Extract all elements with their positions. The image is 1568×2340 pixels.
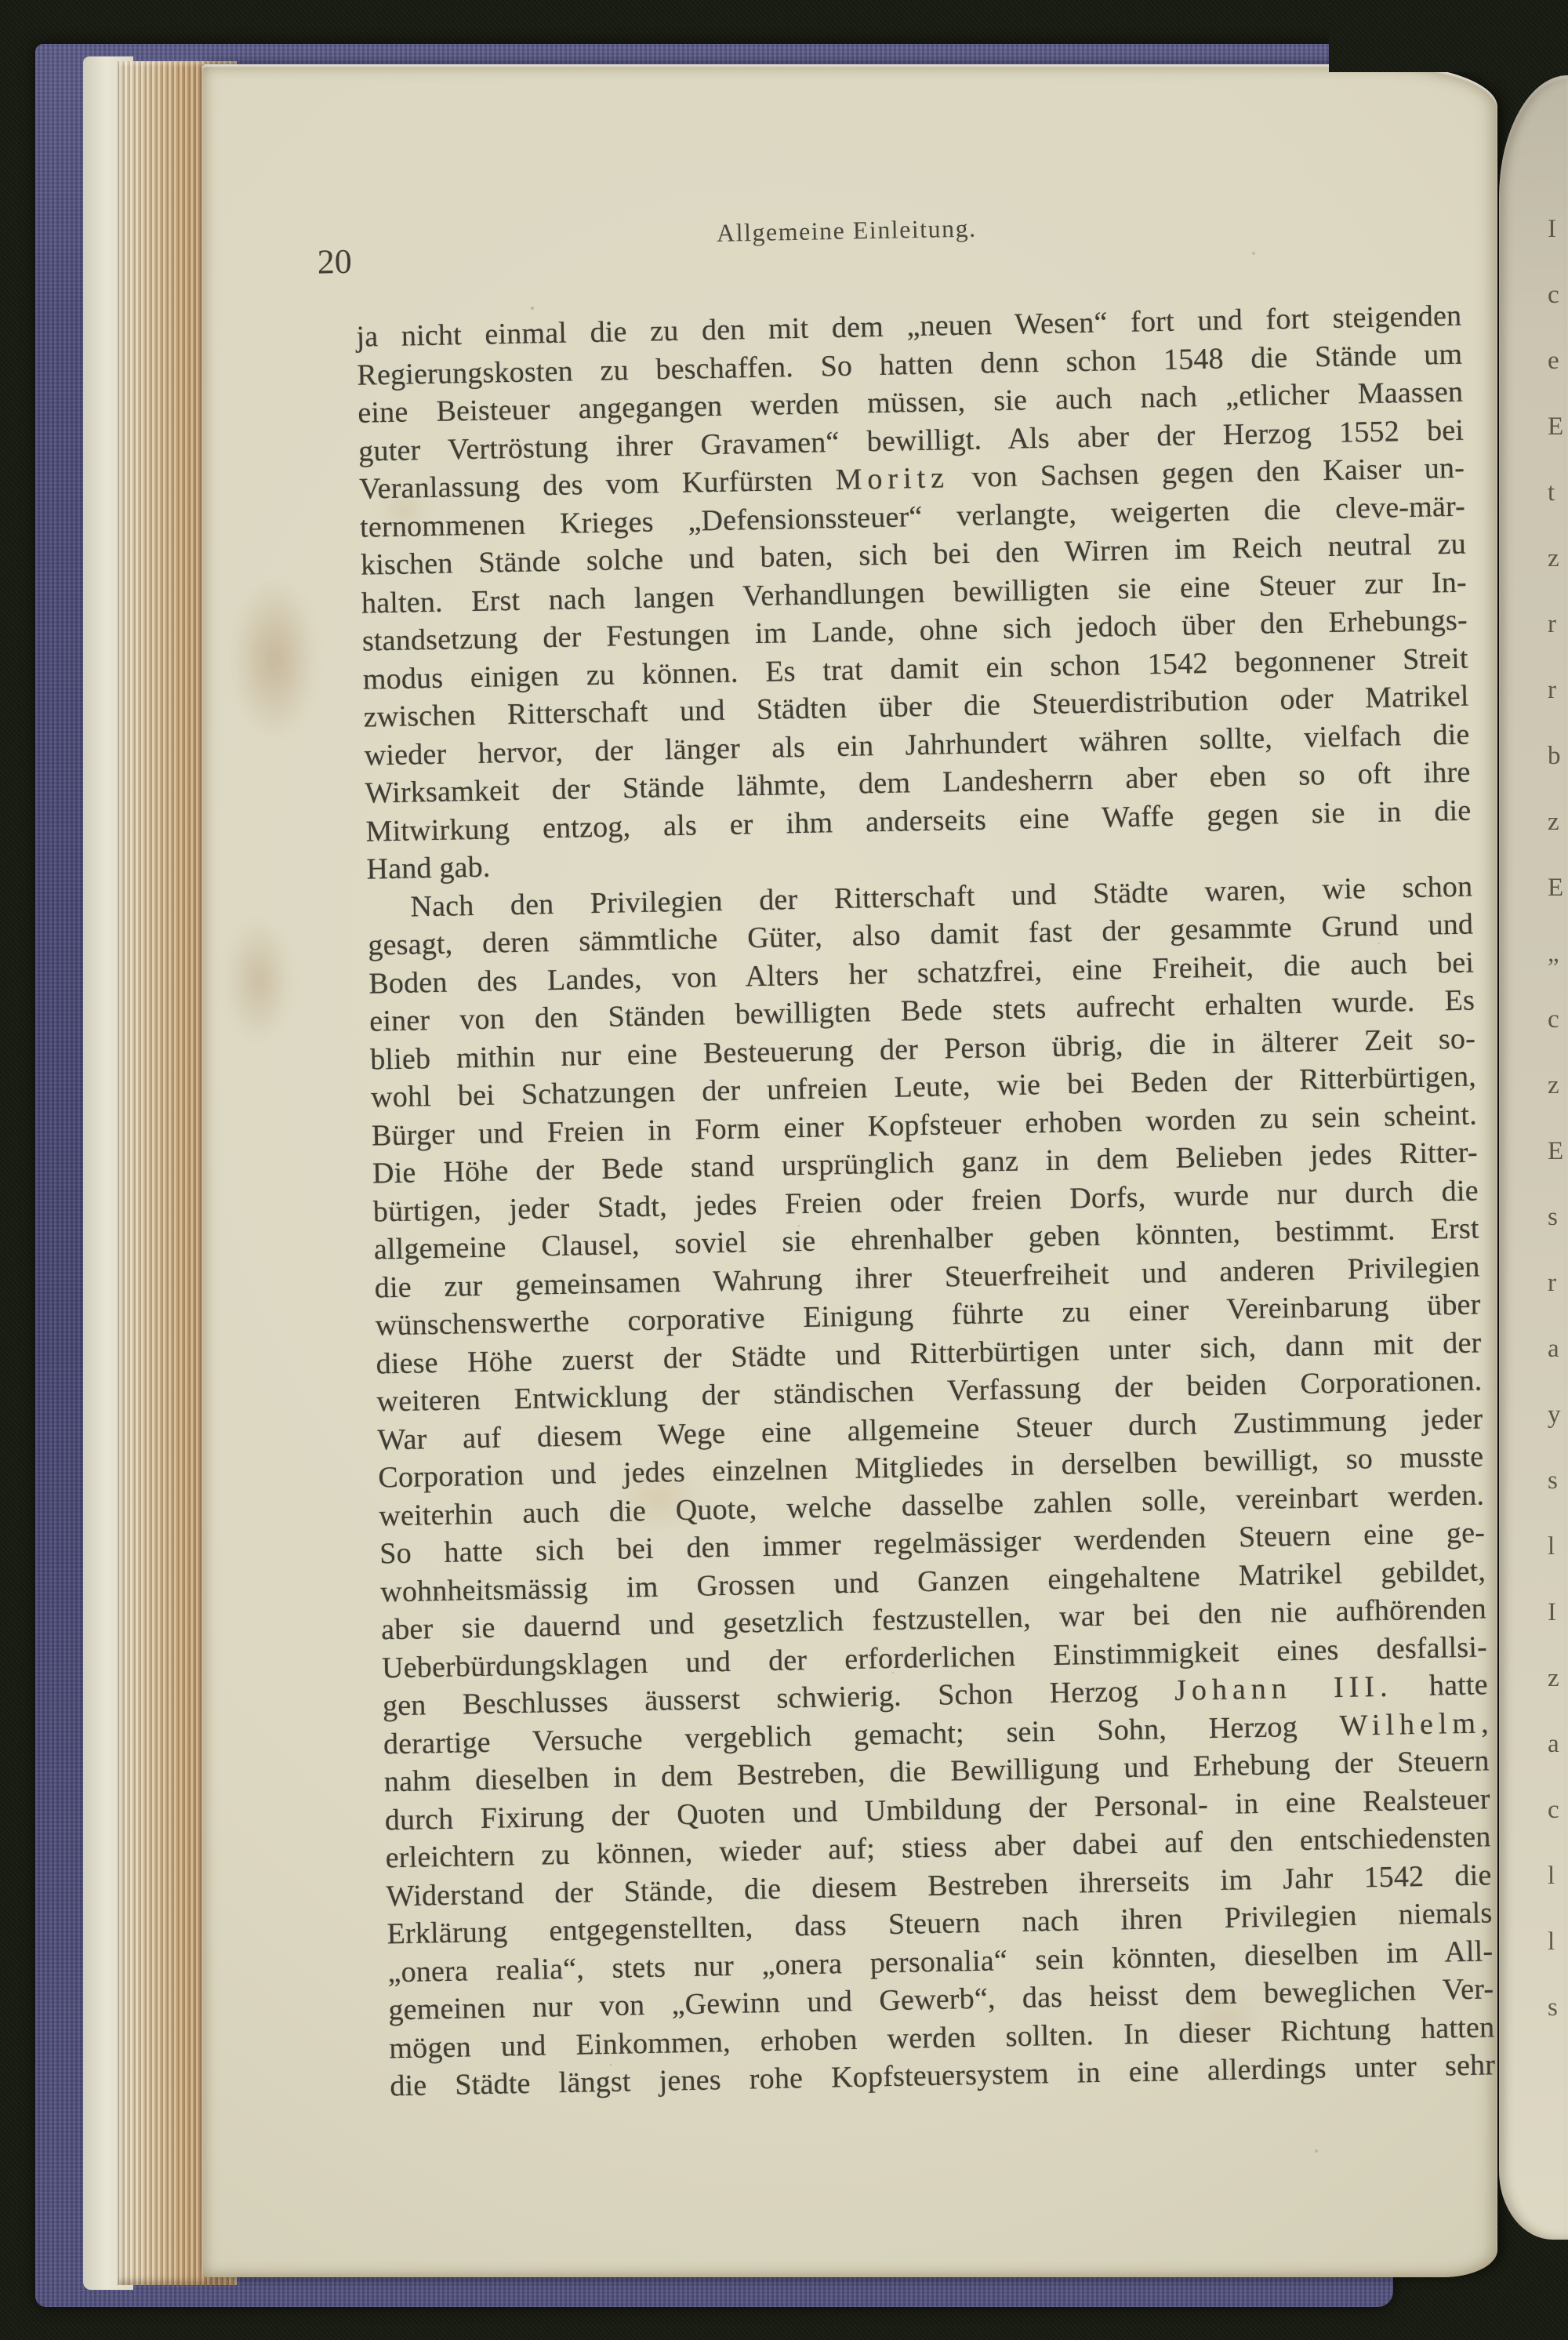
facing-page-fragment: y xyxy=(1548,1382,1568,1448)
facing-page-fragment: z xyxy=(1548,1052,1568,1118)
scanner-bed-corner xyxy=(1329,0,1568,72)
facing-page-fragment: z xyxy=(1548,1645,1568,1711)
facing-page-fragment: e xyxy=(1548,328,1568,394)
running-header: Allgemeine Einleitung. xyxy=(717,214,977,248)
facing-page-fragment: l xyxy=(1548,1909,1568,1975)
letterspaced-name: Moritz xyxy=(835,461,949,496)
facing-page-fragment: l xyxy=(1548,1843,1568,1909)
facing-page-fragment: r xyxy=(1548,1250,1568,1316)
facing-page-fragment: t xyxy=(1548,460,1568,525)
page-content: 20 Allgemeine Einleitung. ja nicht einma… xyxy=(354,202,1497,2136)
facing-page-fragment: r xyxy=(1548,591,1568,657)
facing-page-fragment: s xyxy=(1548,1448,1568,1513)
facing-page-fragment: I xyxy=(1548,1579,1568,1645)
facing-page-fragment: l xyxy=(1548,1513,1568,1579)
letterspaced-name: Johann III. xyxy=(1174,1670,1393,1707)
margin-stain xyxy=(216,549,333,768)
facing-page-fragment: I xyxy=(1548,196,1568,262)
facing-page-edge: IceEtzrrbzE„czEsrayslIzaclls xyxy=(1499,75,1568,2240)
facing-page-text-fragments: IceEtzrrbzE„czEsrayslIzaclls xyxy=(1548,196,1568,2040)
scan-background: 20 Allgemeine Einleitung. ja nicht einma… xyxy=(0,0,1568,2340)
facing-page-fragment: r xyxy=(1548,657,1568,723)
facing-page-fragment: z xyxy=(1548,525,1568,591)
facing-page-fragment: c xyxy=(1548,1777,1568,1843)
facing-page-fragment: z xyxy=(1548,789,1568,855)
facing-page-fragment: c xyxy=(1548,987,1568,1052)
facing-page-fragment: s xyxy=(1548,1975,1568,2040)
facing-page-fragment: a xyxy=(1548,1316,1568,1382)
page-number: 20 xyxy=(317,242,352,282)
facing-page-fragment: c xyxy=(1548,262,1568,328)
text-block: ja nicht einmal die zu den mit dem „neue… xyxy=(356,297,1496,2106)
facing-page-fragment: s xyxy=(1548,1184,1568,1250)
book-page: 20 Allgemeine Einleitung. ja nicht einma… xyxy=(202,64,1497,2277)
facing-page-fragment: b xyxy=(1548,723,1568,789)
facing-page-fragment: a xyxy=(1548,1711,1568,1777)
margin-stain xyxy=(212,894,306,1066)
facing-page-fragment: „ xyxy=(1548,921,1568,987)
facing-page-fragment: E xyxy=(1548,855,1568,921)
letterspaced-name: Wilhelm xyxy=(1339,1706,1481,1742)
facing-page-fragment: E xyxy=(1548,1118,1568,1184)
paper-speckles xyxy=(202,64,204,66)
facing-page-fragment: E xyxy=(1548,394,1568,460)
